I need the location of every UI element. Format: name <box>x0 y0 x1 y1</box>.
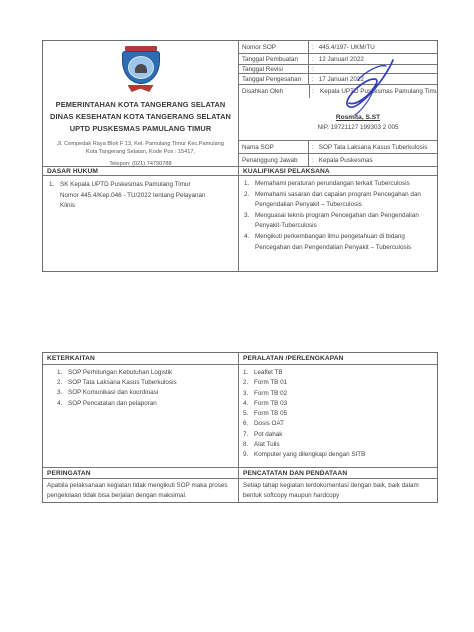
meta-label: Tanggal Revisi <box>239 65 309 73</box>
colon-separator <box>312 144 314 151</box>
meta-row-penanggung-jawab: Penanggung Jawab Kepala Puskesmas <box>239 154 437 166</box>
signer-nip: NIP. 19721127 199303 2 005 <box>282 124 434 131</box>
dasar-hukum-body: SK Kepala UPTD Puskesmas Pamulang Timur … <box>43 176 239 271</box>
list-item: Mengikuti perkembangan ilmu pengetahuan … <box>244 232 435 253</box>
list-number <box>243 389 254 399</box>
meta-label: Nama SOP <box>239 141 309 153</box>
meta-label: Nomor SOP <box>239 41 309 53</box>
meta-value: Kepala Puskesmas <box>319 157 373 164</box>
meta-row-disahkan-oleh: Disahkan Oleh Kepala UPTD Puskesmas Pamu… <box>239 85 437 141</box>
kualifikasi-pelaksana-body: Memahami peraturan perundangan terkait T… <box>239 176 437 271</box>
sop-document-page: PEMERINTAHAN KOTA TANGERANG SELATAN DINA… <box>0 0 474 632</box>
list-number <box>244 232 255 253</box>
list-item: Form TB 03 <box>243 399 433 409</box>
list-number <box>57 399 68 409</box>
list-item: Pot dahak <box>243 430 433 440</box>
sop-header-table: PEMERINTAHAN KOTA TANGERANG SELATAN DINA… <box>42 40 438 272</box>
peringatan-heading: PERINGATAN <box>43 467 239 479</box>
colon-separator <box>312 157 314 164</box>
list-item: Leaflet TB <box>243 368 433 378</box>
address-line-2: Kota Tangerang Selatan, Kode Pos : 15417… <box>51 149 230 157</box>
list-number <box>244 211 255 232</box>
list-item: SOP Tata Laksana Kasus Tuberkulosis <box>57 378 234 388</box>
pencatatan-body: Setiap tahap kegiatan terdokumentasi den… <box>239 479 437 502</box>
emblem-shield <box>122 51 160 84</box>
list-number <box>57 368 68 378</box>
list-item: Form TB 01 <box>243 378 433 388</box>
org-line-1: PEMERINTAHAN KOTA TANGERANG SELATAN <box>43 99 238 111</box>
list-item: Komputer yang dilengkapi dengan SITB <box>243 450 433 460</box>
keterkaitan-heading: KETERKAITAN <box>43 353 239 365</box>
address-line-1: Jl. Cempedak Raya Blok F 13, Kel. Pamula… <box>51 141 230 149</box>
list-item: Dosis OAT <box>243 419 433 429</box>
list-number <box>243 378 254 388</box>
institution-address: Jl. Cempedak Raya Blok F 13, Kel. Pamula… <box>43 141 238 156</box>
peringatan-body: Apabila pelaksanaan kegiatan tidak mengi… <box>43 479 239 502</box>
list-number <box>243 450 254 460</box>
signature-scribble <box>325 57 411 121</box>
list-number <box>243 440 254 450</box>
list-item: Memahami peraturan perundangan terkait T… <box>244 179 435 190</box>
list-number <box>57 388 68 398</box>
dasar-hukum-list: SK Kepala UPTD Puskesmas Pamulang Timur … <box>49 180 234 212</box>
sop-meta-block: Nomor SOP 445.4/197- UKM/TU Tanggal Pemb… <box>239 41 437 166</box>
list-item: SK Kepala UPTD Puskesmas Pamulang Timur … <box>49 180 234 212</box>
meta-label: Disahkan Oleh <box>242 88 283 95</box>
list-number <box>49 180 60 212</box>
list-item: SOP Komunikasi dan koordinasi <box>57 388 234 398</box>
org-line-2: DINAS KESEHATAN KOTA TANGERANG SELATAN <box>43 111 238 123</box>
sop-relations-table: KETERKAITAN PERALATAN /PERLENGKAPAN SOP … <box>42 352 438 503</box>
colon-separator <box>312 56 314 63</box>
meta-value: SOP Tata Laksana Kasus Tuberkulosis <box>319 144 428 151</box>
dasar-hukum-heading: DASAR HUKUM <box>43 166 239 176</box>
meta-row-nama-sop: Nama SOP SOP Tata Laksana Kasus Tuberkul… <box>239 141 437 154</box>
list-item: Memahami sasaran dan capaian program Pen… <box>244 190 435 211</box>
keterkaitan-list: SOP Perhitungan Kebutuhan Logistik SOP T… <box>57 368 234 409</box>
colon-separator <box>312 76 314 83</box>
kualifikasi-list: Memahami peraturan perundangan terkait T… <box>244 179 435 253</box>
peralatan-list: Leaflet TB Form TB 01 Form TB 02 Form TB… <box>243 368 433 461</box>
institution-header-cell: PEMERINTAHAN KOTA TANGERANG SELATAN DINA… <box>43 41 239 166</box>
city-emblem-logo <box>118 46 164 92</box>
list-item: SOP Perhitungan Kebutuhan Logistik <box>57 368 234 378</box>
list-number <box>243 419 254 429</box>
peralatan-heading: PERALATAN /PERLENGKAPAN <box>239 353 437 365</box>
pencatatan-heading: PENCATATAN DAN PENDATAAN <box>239 467 437 479</box>
colon-separator <box>312 66 314 73</box>
emblem-ribbon <box>128 85 154 92</box>
institution-name: PEMERINTAHAN KOTA TANGERANG SELATAN DINA… <box>43 99 238 135</box>
keterkaitan-body: SOP Perhitungan Kebutuhan Logistik SOP T… <box>43 365 239 467</box>
emblem-dome-icon <box>135 64 147 73</box>
list-number <box>244 190 255 211</box>
colon-separator <box>312 88 314 95</box>
org-line-3: UPTD PUSKESMAS PAMULANG TIMUR <box>43 123 238 135</box>
kualifikasi-pelaksana-heading: KUALIFIKASI PELAKSANA <box>239 166 437 176</box>
list-number <box>243 430 254 440</box>
meta-label: Tanggal Pengesahan <box>239 74 309 84</box>
meta-row-nomor-sop: Nomor SOP 445.4/197- UKM/TU <box>239 41 437 54</box>
colon-separator <box>312 44 314 51</box>
list-number <box>57 378 68 388</box>
peralatan-body: Leaflet TB Form TB 01 Form TB 02 Form TB… <box>239 365 437 467</box>
list-item: Form TB 02 <box>243 389 433 399</box>
list-item: Menguasai teknis program Pencegahan dan … <box>244 211 435 232</box>
meta-value: 445.4/197- UKM/TU <box>319 44 375 51</box>
list-item: Alat Tulis <box>243 440 433 450</box>
emblem-ring <box>128 56 154 79</box>
list-item: Form TB 05 <box>243 409 433 419</box>
list-item: SOP Pencatatan dan pelaporan <box>57 399 234 409</box>
list-number <box>243 409 254 419</box>
meta-label: Penanggung Jawab <box>239 154 309 166</box>
list-number <box>243 399 254 409</box>
list-number <box>243 368 254 378</box>
meta-label: Tanggal Pembuatan <box>239 54 309 64</box>
list-number <box>244 179 255 190</box>
